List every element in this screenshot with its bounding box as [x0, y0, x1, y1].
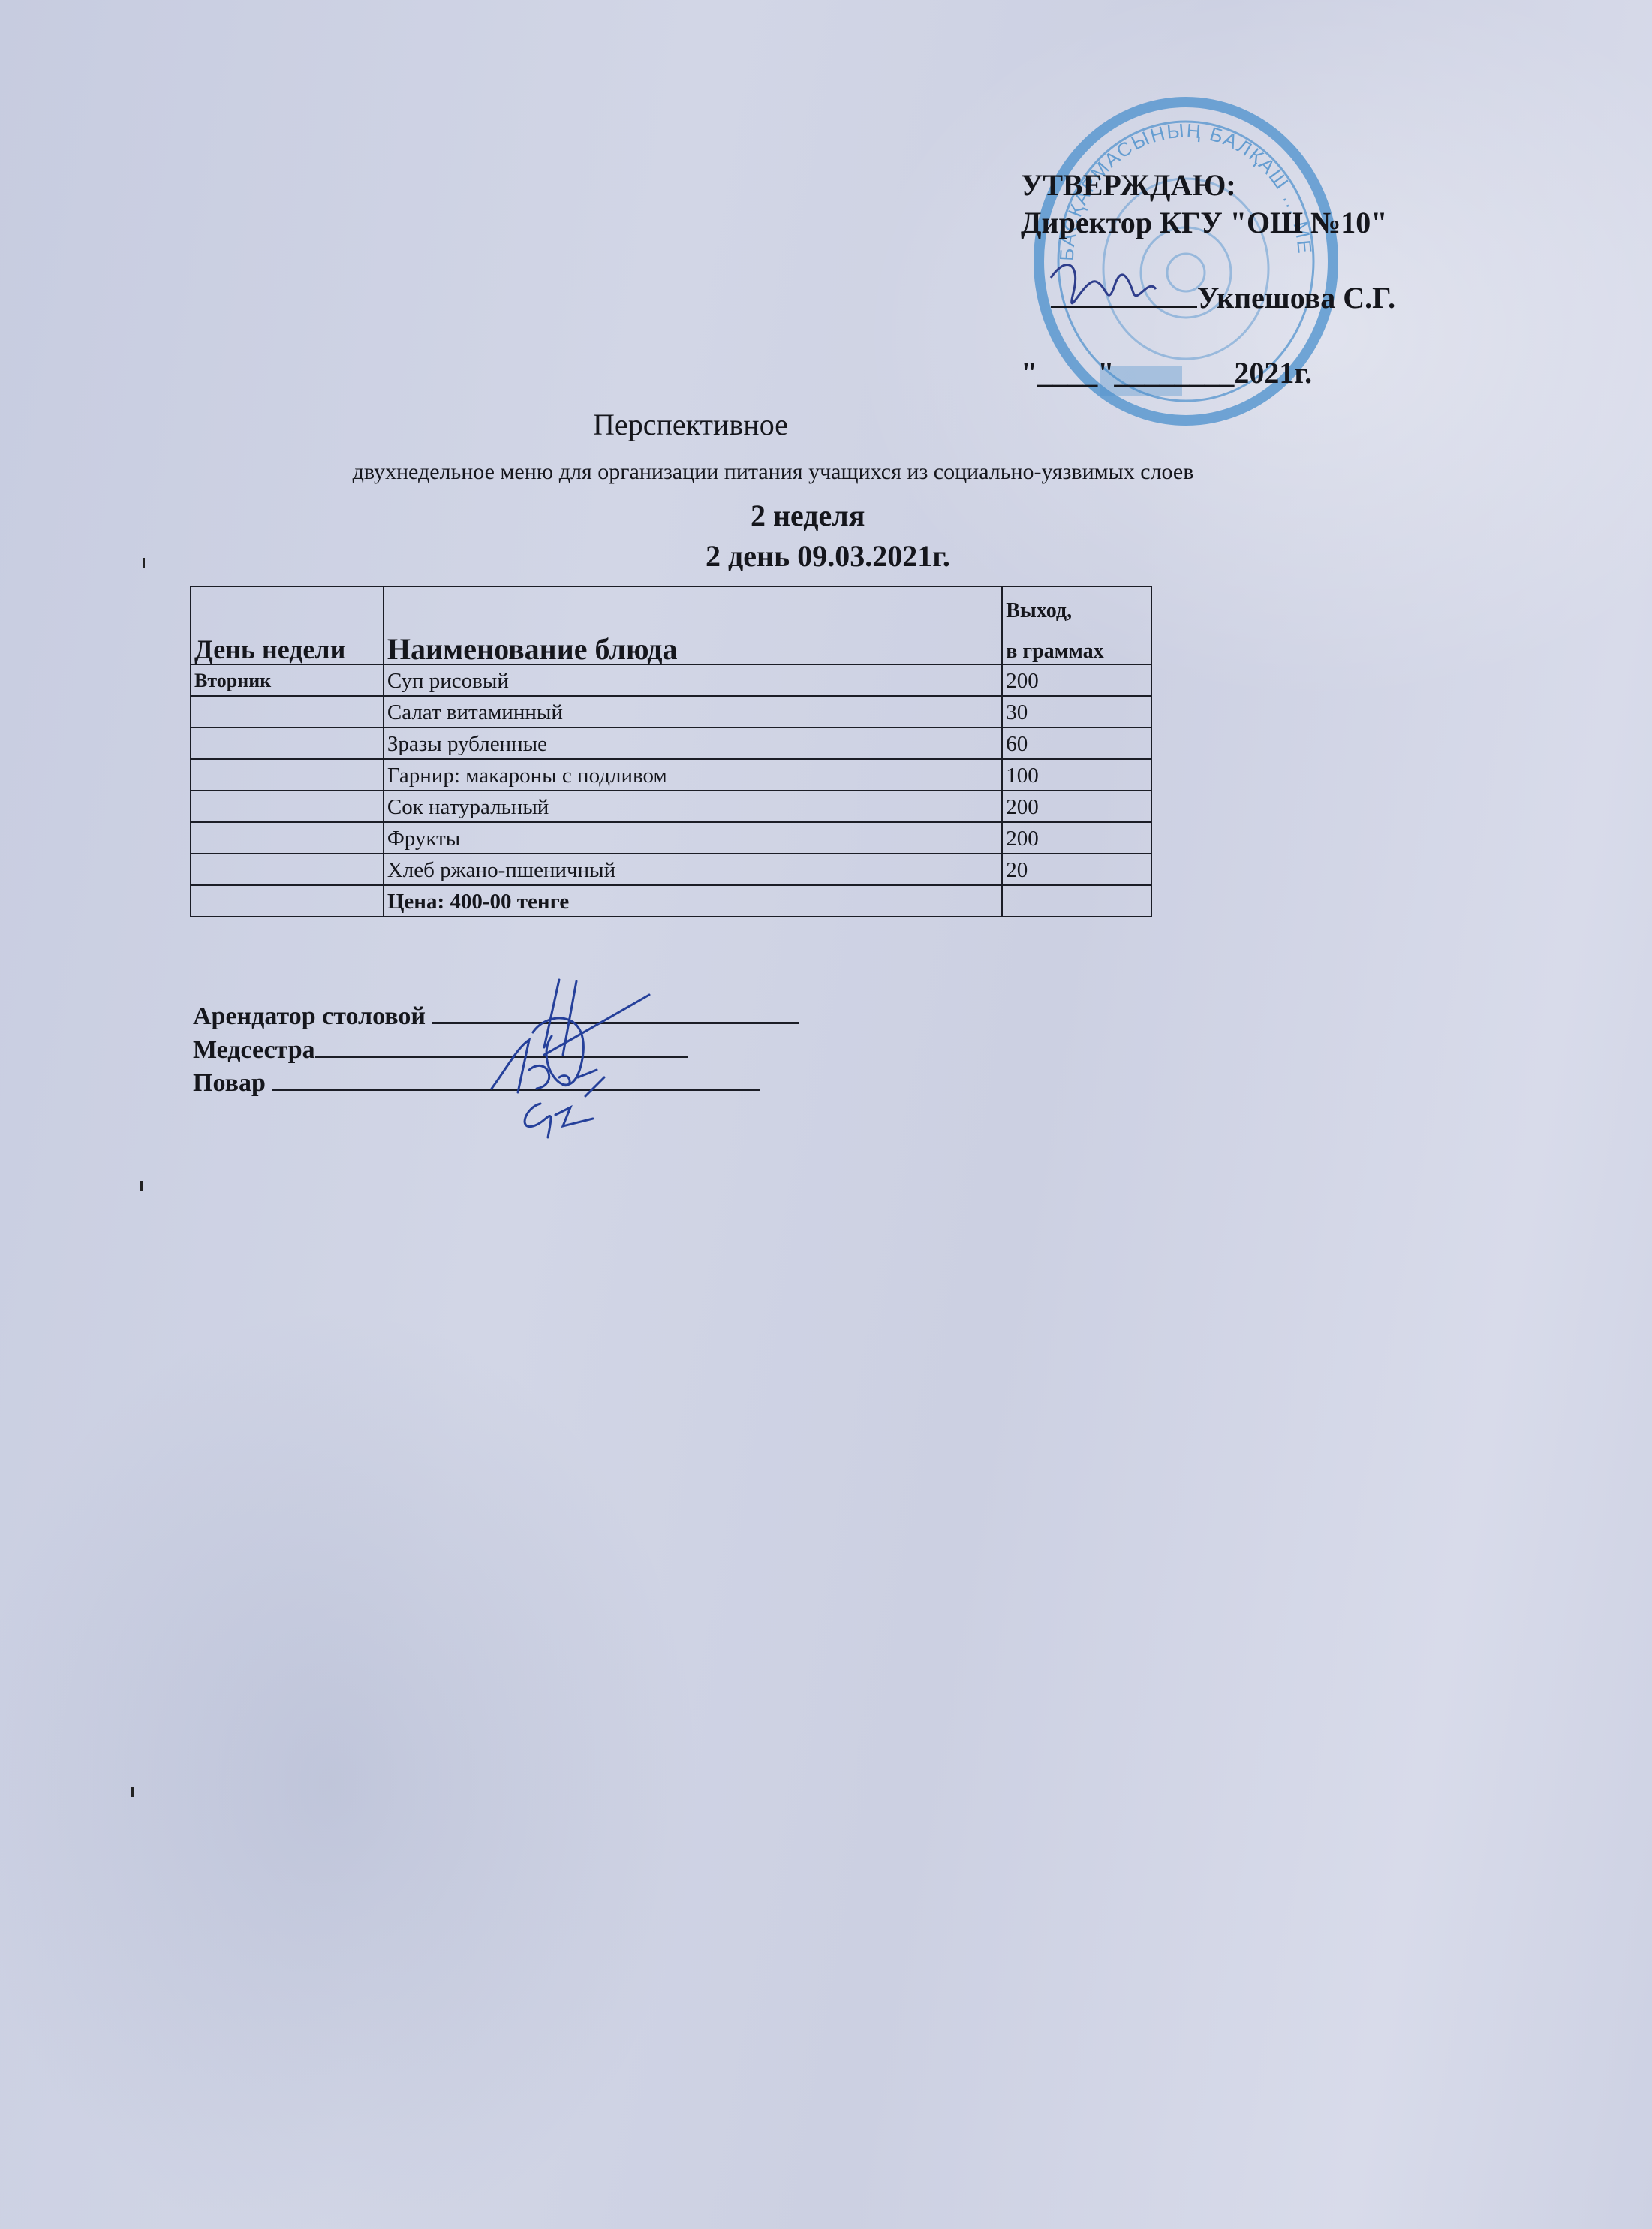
dish-cell: Салат витаминный: [384, 696, 1002, 727]
director-position: Директор КГУ "ОШ №10": [1021, 204, 1395, 242]
grams-cell: 200: [1002, 822, 1151, 854]
header-yield: Выход, в граммах: [1002, 586, 1151, 664]
signature-label-nurse: Медсестра: [193, 1036, 315, 1064]
price-cell: Цена: 400-00 тенге: [384, 885, 1002, 917]
day-cell: [191, 822, 384, 854]
table-row: Зразы рубленные 60: [191, 727, 1151, 759]
document-title: Перспективное: [0, 407, 1381, 442]
director-signature-icon: [1043, 248, 1171, 323]
grams-cell: 20: [1002, 854, 1151, 885]
day-cell: [191, 885, 384, 917]
day-cell: [191, 791, 384, 822]
table-row: Салат витаминный 30: [191, 696, 1151, 727]
table-row: Гарнир: макароны с подливом 100: [191, 759, 1151, 791]
header-dish: Наименование блюда: [384, 586, 1002, 664]
day-cell: [191, 854, 384, 885]
margin-tick: [131, 1787, 134, 1797]
grams-cell: 100: [1002, 759, 1151, 791]
dish-cell: Фрукты: [384, 822, 1002, 854]
day-cell: [191, 727, 384, 759]
margin-tick: [140, 1181, 143, 1191]
dish-cell: Гарнир: макароны с подливом: [384, 759, 1002, 791]
table-row: Хлеб ржано-пшеничный 20: [191, 854, 1151, 885]
grams-cell: 200: [1002, 791, 1151, 822]
dish-cell: Хлеб ржано-пшеничный: [384, 854, 1002, 885]
day-date-label: 2 день 09.03.2021г.: [706, 538, 1081, 574]
grams-cell: 60: [1002, 727, 1151, 759]
table-row: Сок натуральный 200: [191, 791, 1151, 822]
day-cell: Вторник: [191, 664, 384, 696]
dish-cell: Сок натуральный: [384, 791, 1002, 822]
approval-date: "____"________2021г.: [1021, 354, 1395, 392]
margin-tick: [143, 558, 145, 568]
document-subtitle: двухнедельное меню для организации питан…: [120, 459, 1426, 485]
header-day: День недели: [191, 586, 384, 664]
table-header-row: День недели Наименование блюда Выход, в …: [191, 586, 1151, 664]
dish-cell: Суп рисовый: [384, 664, 1002, 696]
handwritten-signatures-icon: [375, 965, 676, 1160]
menu-table: День недели Наименование блюда Выход, в …: [190, 586, 1152, 917]
day-cell: [191, 759, 384, 791]
table-row: Фрукты 200: [191, 822, 1151, 854]
table-row: Вторник Суп рисовый 200: [191, 664, 1151, 696]
grams-cell: 30: [1002, 696, 1151, 727]
approval-heading: УТВЕРЖДАЮ:: [1021, 167, 1395, 204]
dish-cell: Зразы рубленные: [384, 727, 1002, 759]
grams-cell: [1002, 885, 1151, 917]
grams-cell: 200: [1002, 664, 1151, 696]
day-cell: [191, 696, 384, 727]
week-label: 2 неделя: [751, 498, 931, 533]
director-name: Укпешова С.Г.: [1197, 281, 1395, 315]
signature-label-cook: Повар: [193, 1069, 266, 1097]
price-row: Цена: 400-00 тенге: [191, 885, 1151, 917]
